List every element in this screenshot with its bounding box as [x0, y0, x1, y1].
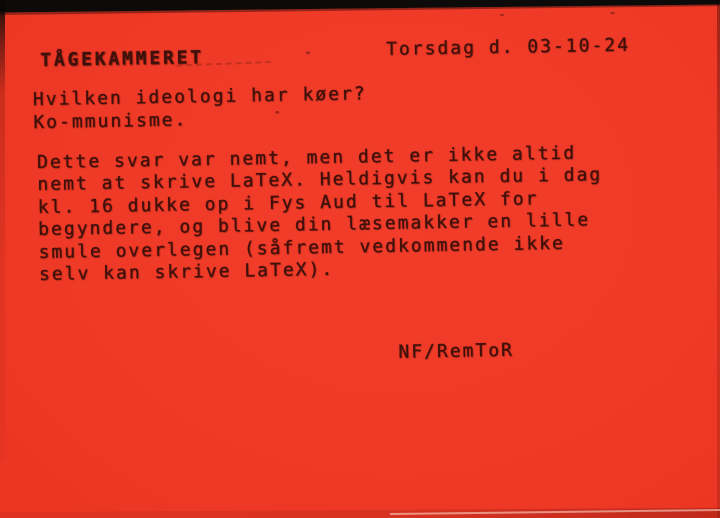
typed-content: TÅGEKAMMERET Torsdag d. 03-10-24 Hvilken…	[0, 0, 720, 518]
joke-answer: Ko-mmunisme.	[33, 109, 187, 133]
body-line: selv kan skrive LaTeX).	[39, 259, 335, 285]
date-line: Torsdag d. 03-10-24	[386, 35, 630, 60]
scanned-note-card: TÅGEKAMMERET Torsdag d. 03-10-24 Hvilken…	[0, 0, 720, 518]
ink-speck	[306, 51, 310, 54]
ink-speck	[275, 111, 279, 114]
joke-question: Hvilken ideologi har køer?	[33, 83, 367, 110]
organization-title: TÅGEKAMMERET	[40, 47, 204, 71]
signature: NF/RemToR	[398, 340, 514, 363]
